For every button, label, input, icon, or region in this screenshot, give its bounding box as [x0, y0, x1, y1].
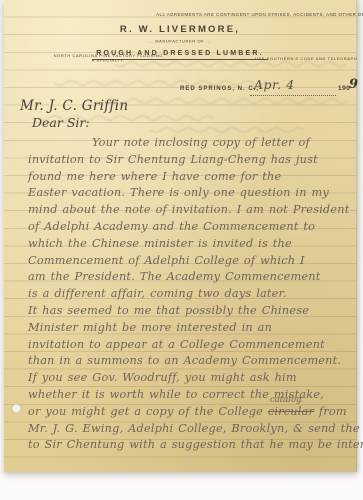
struck-word: circularcatalog [268, 405, 314, 418]
left-note-line-2: A SPECIALTY. [92, 58, 125, 63]
handwriting-line: Commencement of Adelphi College of which… [28, 254, 362, 271]
handwriting-line: is a different affair, coming two days l… [28, 287, 362, 304]
handwriting-line: Mr. J. G. Ewing, Adelphi College, Brookl… [28, 422, 362, 439]
recipient-line: Mr. J. C. Griffin [20, 98, 128, 114]
handwriting-line: invitation to Sir Chentung Liang-Cheng h… [28, 153, 362, 170]
handwriting-line: invitation to appear at a College Commen… [28, 338, 362, 355]
handwriting-line: to Sir Chentung with a suggestion that h… [28, 438, 362, 455]
year-handwritten: 9 [349, 77, 358, 92]
handwriting-line: mind about the note of invitation. I am … [28, 203, 362, 220]
handwriting-line: Minister might be more interested in an [28, 321, 362, 338]
right-margin-note: USE SOUTHERN'S CODE AND TELEGRAPH. [203, 54, 363, 66]
handwriting-line: than in a summons to an Academy Commence… [28, 354, 362, 371]
handwriting-line: of Adelphi Academy and the Commencement … [28, 220, 362, 237]
handwriting-line: or you might get a copy of the College c… [28, 405, 362, 422]
handwriting-line: which the Chinese minister is invited is… [28, 237, 362, 254]
dateline-dotted-rule [250, 95, 336, 96]
handwriting-line: whether it is worth while to correct the… [28, 388, 362, 405]
salutation-line: Dear Sir: [32, 115, 90, 130]
handwriting-line: am the President. The Academy Commenceme… [28, 270, 362, 287]
inserted-word: catalog [270, 396, 302, 404]
handwriting-line: Easter vacation. There is only one quest… [28, 186, 362, 203]
letter-body: Your note inclosing copy of letter ofinv… [28, 136, 362, 455]
right-note-text: USE SOUTHERN'S CODE AND TELEGRAPH. [255, 57, 359, 62]
letter-paper: ALL AGREEMENTS ARE CONTINGENT UPON STRIK… [4, 0, 357, 472]
handwriting-line: found me here where I have come for the [28, 170, 362, 187]
dateline-place: RED SPRINGS, N. C., [180, 86, 259, 92]
disclaimer-text: ALL AGREEMENTS ARE CONTINGENT UPON STRIK… [156, 12, 363, 17]
handwritten-date: Apr. 4 [254, 77, 295, 92]
handwriting-line: Your note inclosing copy of letter of [28, 136, 362, 153]
left-margin-note: NORTH CAROLINA PINE FACTORY FLOORING A S… [0, 54, 109, 71]
handwriting-line: If you see Gov. Woodruff, you might ask … [28, 371, 362, 388]
handwriting-line: It has seemed to me that possibly the Ch… [28, 304, 362, 321]
punch-hole [12, 404, 21, 413]
scanned-letter-page: ALL AGREEMENTS ARE CONTINGENT UPON STRIK… [0, 0, 363, 500]
